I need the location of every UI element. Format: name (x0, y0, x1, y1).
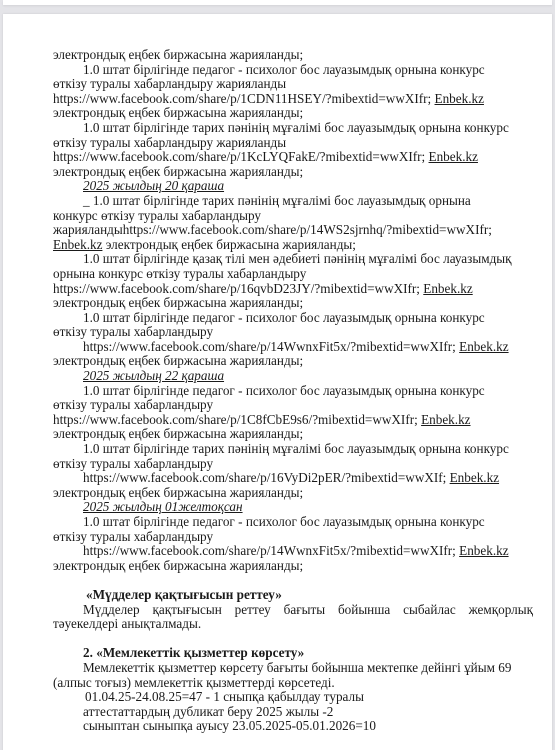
document-page: электрондық еңбек биржасына жарияланды;1… (3, 14, 552, 750)
line-text: 1.0 штат бірлігінде педагог - психолог б… (83, 310, 485, 325)
text-line: өткізу туралы хабарландыру жарияланды (53, 136, 533, 151)
line-text: https://www.facebook.com/share/p/14WwnxF… (83, 543, 459, 558)
blank-line (53, 632, 533, 647)
line-text: электрондық еңбек биржасына жарияланды; (53, 164, 303, 179)
text-line: https://www.facebook.com/share/p/1KcLYQF… (53, 150, 533, 165)
text-line: электрондық еңбек биржасына жарияланды; (53, 165, 533, 180)
line-text: (алпыс тоғыз) мемлекеттік қызметтерді кө… (53, 675, 335, 690)
text-line: өткізу туралы хабарландыру (53, 398, 533, 413)
line-text: электрондық еңбек биржасына жарияланды; (53, 558, 303, 573)
blank-line (53, 573, 533, 588)
line-text: _ 1.0 штат бірлігінде тарих пәнінің мұға… (83, 193, 471, 208)
text-line: тәуекелдері анықталмады. (53, 617, 533, 632)
line-text: https://www.facebook.com/share/p/16qvbD2… (53, 281, 423, 296)
line-text: өткізу туралы хабарландыру (53, 324, 213, 339)
line-text: электрондық еңбек биржасына жарияланды; (53, 485, 303, 500)
line-text: конкурс өткізу туралы хабарландыру (53, 208, 261, 223)
paragraph-start-line: https://www.facebook.com/share/p/14WwnxF… (53, 544, 533, 559)
text-line: https://www.facebook.com/share/p/1CDN11H… (53, 92, 533, 107)
line-text: электрондық еңбек биржасына жарияланды; (53, 295, 303, 310)
enbek-link[interactable]: Enbek.kz (429, 149, 478, 164)
line-text: электрондық еңбек биржасына жарияланды; (53, 353, 303, 368)
paragraph-start-line: 01.04.25-24.08.25=47 - 1 сныпқа қабылдау… (53, 690, 533, 705)
line-text: электрондық еңбек биржасына жарияланды; (53, 47, 303, 62)
enbek-link[interactable]: Enbek.kz (435, 91, 484, 106)
line-text: https://www.facebook.com/share/p/16VyDi2… (83, 470, 450, 485)
line-text: 1.0 штат бірлігінде тарих пәнінің мұғалі… (83, 120, 509, 135)
line-text: «Мүдделер қақтығысын реттеу» (86, 587, 282, 602)
line-text: өткізу туралы хабарландыру (53, 397, 213, 412)
date-heading: 2025 жылдың 20 қараша (53, 179, 533, 194)
text-line: https://www.facebook.com/share/p/16qvbD2… (53, 282, 533, 297)
enbek-link[interactable]: Enbek.kz (459, 339, 508, 354)
line-text: электрондық еңбек биржасына жарияланды; (102, 237, 356, 252)
text-line: Enbek.kz электрондық еңбек биржасына жар… (53, 238, 533, 253)
previous-page-edge (3, 0, 552, 5)
line-text: 2025 жылдың 22 қараша (83, 368, 224, 383)
line-text: 1.0 штат бірлігінде тарих пәнінің мұғалі… (83, 441, 509, 456)
text-line: электрондық еңбек биржасына жарияланды; (53, 354, 533, 369)
line-text: орнына конкурс өткізу туралы хабарландыр… (53, 266, 306, 281)
line-text: электрондық еңбек биржасына жарияланды; (53, 426, 303, 441)
text-line: өткізу туралы хабарландыру (53, 530, 533, 545)
paragraph-start-line: https://www.facebook.com/share/p/16VyDi2… (53, 471, 533, 486)
enbek-link[interactable]: Enbek.kz (450, 470, 499, 485)
paragraph-start-line: сыныптан сыныпқа ауысу 23.05.2025-05.01.… (53, 719, 533, 734)
line-text: 2025 жылдың 20 қараша (83, 178, 224, 193)
text-line: электрондық еңбек биржасына жарияланды; (53, 486, 533, 501)
paragraph-start-line: Мемлекеттік қызметтер көрсету бағыты бой… (53, 661, 533, 676)
line-text: электрондық еңбек биржасына жарияланды; (53, 105, 303, 120)
enbek-link[interactable]: Enbek.kz (459, 543, 508, 558)
line-text: өткізу туралы хабарландыру (53, 529, 213, 544)
line-text: сыныптан сыныпқа ауысу 23.05.2025-05.01.… (83, 718, 376, 733)
text-line: жарияландыhttps://www.facebook.com/share… (53, 223, 533, 238)
enbek-link[interactable]: Enbek.kz (421, 412, 470, 427)
line-text: 2. «Мемлекеттік қызметтер көрсету» (83, 645, 304, 660)
line-text: 1.0 штат бірлігінде педагог - психолог б… (83, 62, 485, 77)
paragraph-start-line: 1.0 штат бірлігінде тарих пәнінің мұғалі… (53, 442, 533, 457)
text-line: электрондық еңбек биржасына жарияланды; (53, 427, 533, 442)
text-line: электрондық еңбек биржасына жарияланды; (53, 48, 533, 63)
paragraph-start-line: 1.0 штат бірлігінде қазақ тілі мен әдеби… (53, 252, 533, 267)
section-heading: 2. «Мемлекеттік қызметтер көрсету» (53, 646, 533, 661)
enbek-link[interactable]: Enbek.kz (423, 281, 472, 296)
line-text: аттестаттардың дубликат беру 2025 жылы -… (83, 704, 333, 719)
paragraph-start-line: _ 1.0 штат бірлігінде тарих пәнінің мұға… (53, 194, 533, 209)
line-text: Мүдделер қақтығысын реттеу бағыты бойынш… (83, 602, 533, 617)
line-text: тәуекелдері анықталмады. (53, 616, 201, 631)
paragraph-start-line: Мүдделер қақтығысын реттеу бағыты бойынш… (53, 603, 533, 618)
document-body: электрондық еңбек биржасына жарияланды;1… (53, 48, 533, 734)
date-heading: 2025 жылдың 01желтоқсан (53, 500, 533, 515)
text-line: өткізу туралы хабарландыру (53, 457, 533, 472)
line-text: 1.0 штат бірлігінде қазақ тілі мен әдеби… (83, 251, 512, 266)
line-text: Мемлекеттік қызметтер көрсету бағыты бой… (83, 660, 511, 675)
line-text: өткізу туралы хабарландыру (53, 456, 213, 471)
text-line: өткізу туралы хабарландыру жарияланды (53, 77, 533, 92)
paragraph-start-line: аттестаттардың дубликат беру 2025 жылы -… (53, 705, 533, 720)
line-text: 1.0 штат бірлігінде педагог - психолог б… (83, 383, 485, 398)
text-line: электрондық еңбек биржасына жарияланды; (53, 559, 533, 574)
line-text: 1.0 штат бірлігінде педагог - психолог б… (83, 514, 485, 529)
paragraph-start-line: 1.0 штат бірлігінде педагог - психолог б… (53, 63, 533, 78)
text-line: орнына конкурс өткізу туралы хабарландыр… (53, 267, 533, 282)
text-line: электрондық еңбек биржасына жарияланды; (53, 106, 533, 121)
text-line: https://www.facebook.com/share/p/1C8fCbE… (53, 413, 533, 428)
paragraph-start-line: 1.0 штат бірлігінде педагог - психолог б… (53, 311, 533, 326)
line-text: https://www.facebook.com/share/p/14WwnxF… (83, 339, 459, 354)
text-line: өткізу туралы хабарландыру (53, 325, 533, 340)
enbek-link[interactable]: Enbek.kz (53, 237, 102, 252)
line-text: https://www.facebook.com/share/p/1CDN11H… (53, 91, 435, 106)
date-heading: 2025 жылдың 22 қараша (53, 369, 533, 384)
text-line: электрондық еңбек биржасына жарияланды; (53, 296, 533, 311)
line-text: 01.04.25-24.08.25=47 - 1 сныпқа қабылдау… (85, 689, 364, 704)
paragraph-start-line: 1.0 штат бірлігінде педагог - психолог б… (53, 384, 533, 399)
text-line: (алпыс тоғыз) мемлекеттік қызметтерді кө… (53, 676, 533, 691)
text-line: конкурс өткізу туралы хабарландыру (53, 209, 533, 224)
section-heading: «Мүдделер қақтығысын реттеу» (53, 588, 533, 603)
line-text: https://www.facebook.com/share/p/1C8fCbE… (53, 412, 421, 427)
paragraph-start-line: https://www.facebook.com/share/p/14WwnxF… (53, 340, 533, 355)
line-text: жарияландыhttps://www.facebook.com/share… (53, 222, 492, 237)
line-text: өткізу туралы хабарландыру жарияланды (53, 76, 286, 91)
line-text: өткізу туралы хабарландыру жарияланды (53, 135, 286, 150)
line-text: 2025 жылдың 01желтоқсан (83, 499, 243, 514)
paragraph-start-line: 1.0 штат бірлігінде тарих пәнінің мұғалі… (53, 121, 533, 136)
paragraph-start-line: 1.0 штат бірлігінде педагог - психолог б… (53, 515, 533, 530)
line-text: https://www.facebook.com/share/p/1KcLYQF… (53, 149, 429, 164)
